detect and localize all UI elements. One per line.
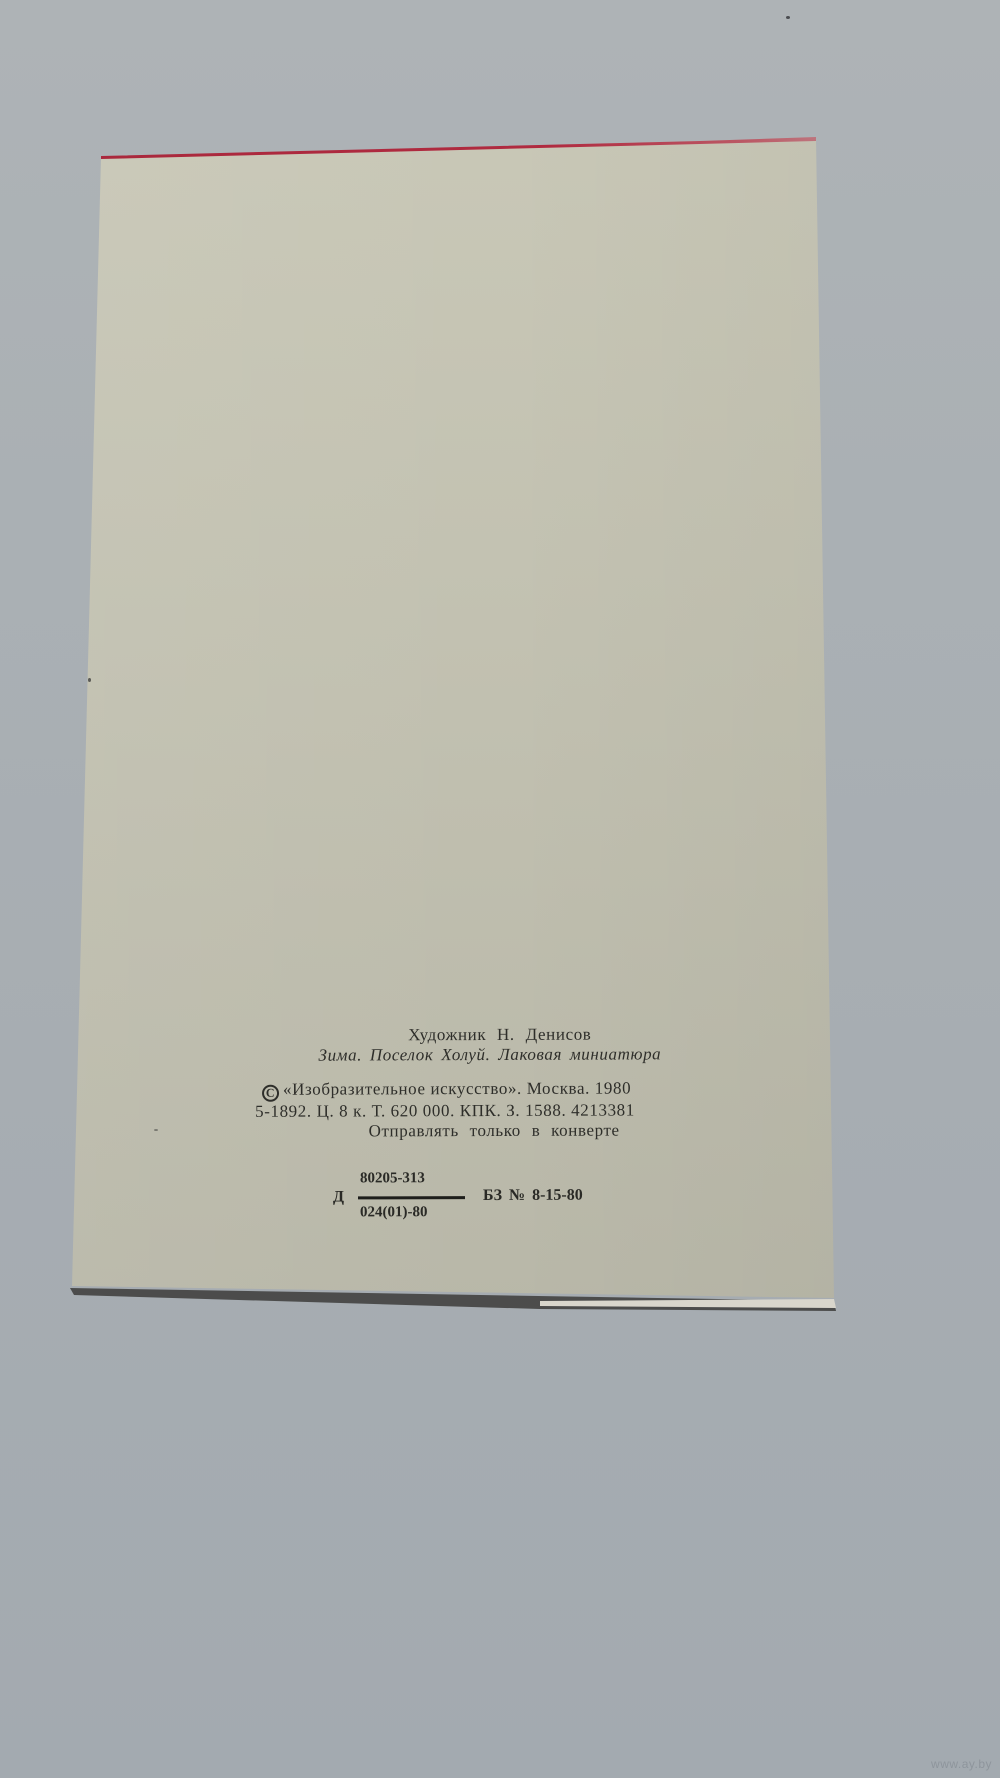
code-numerator: 80205-313 (360, 1170, 425, 1187)
print-details: 5-1892. Ц. 8 к. Т. 620 000. КПК. З. 1588… (255, 1100, 725, 1122)
artist-credit: Художник Н. Денисов (255, 1024, 725, 1046)
catalog-codes: Д 80205-313 024(01)-80 БЗ № 8-15-80 (333, 1169, 633, 1230)
postcard-shading (0, 0, 1000, 1778)
publisher-text: «Изобразительное искусство». Москва. 198… (283, 1079, 631, 1099)
dust-speck (88, 678, 91, 682)
publisher-line: C«Изобразительное искусство». Москва. 19… (255, 1078, 725, 1102)
watermark: www.ay.by (931, 1757, 992, 1771)
dust-speck (786, 16, 790, 19)
photo-scene: Художник Н. Денисов Зима. Поселок Холуй.… (0, 0, 1000, 1778)
publisher-imprint: Художник Н. Денисов Зима. Поселок Холуй.… (255, 1024, 725, 1142)
fraction-bar (358, 1196, 465, 1199)
dust-speck (154, 1129, 158, 1131)
code-denominator: 024(01)-80 (360, 1204, 428, 1221)
bz-number: БЗ № 8-15-80 (483, 1187, 583, 1205)
copyright-icon: C (262, 1085, 279, 1102)
code-letter: Д (333, 1188, 344, 1206)
artwork-title: Зима. Поселок Холуй. Лаковая миниатюра (255, 1044, 725, 1066)
mailing-note: Отправлять только в конверте (255, 1120, 725, 1142)
